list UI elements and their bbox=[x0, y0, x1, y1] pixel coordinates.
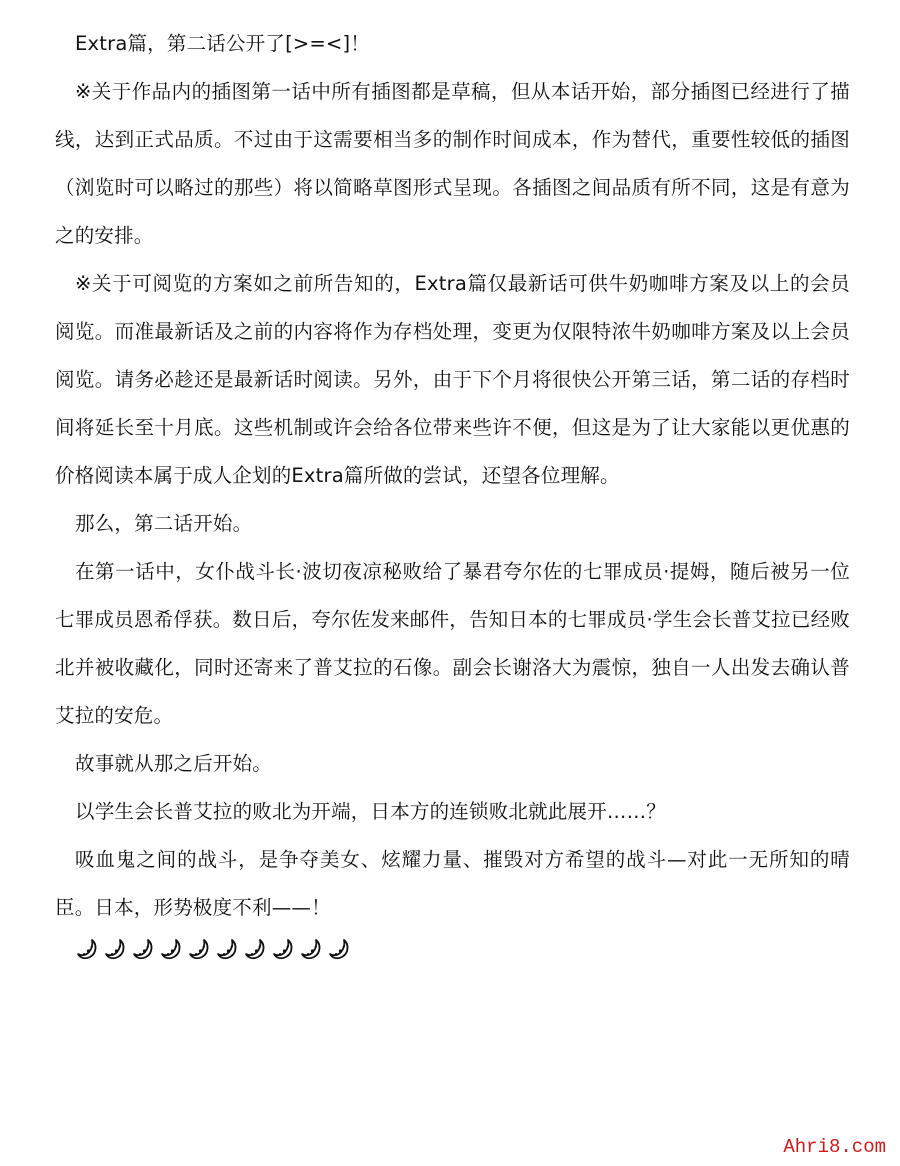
crescent-moon-icon bbox=[103, 936, 129, 962]
site-watermark: Ahri8.com bbox=[783, 1136, 886, 1158]
teaser-question: 以学生会长普艾拉的败北为开端，日本方的连锁败北就此展开……？ bbox=[55, 788, 850, 836]
viewing-plan-note: ※关于可阅览的方案如之前所告知的，Extra篇仅最新话可供牛奶咖啡方案及以上的会… bbox=[55, 260, 850, 500]
crescent-moon-icon bbox=[299, 936, 325, 962]
crescent-moon-icon bbox=[271, 936, 297, 962]
recap-paragraph: 在第一话中，女仆战斗长·波切夜凉秘败给了暴君夸尔佐的七罪成员·提姆，随后被另一位… bbox=[55, 548, 850, 740]
chapter-start-text: 那么，第二话开始。 bbox=[55, 500, 850, 548]
crescent-moon-icon bbox=[131, 936, 157, 962]
story-continues-text: 故事就从那之后开始。 bbox=[55, 740, 850, 788]
decorative-icon-row bbox=[55, 936, 850, 966]
document-body: Extra篇，第二话公开了[>=<]！ ※关于作品内的插图第一话中所有插图都是草… bbox=[55, 20, 850, 966]
crescent-moon-icon bbox=[75, 936, 101, 962]
crescent-moon-icon bbox=[187, 936, 213, 962]
teaser-paragraph: 吸血鬼之间的战斗，是争夺美女、炫耀力量、摧毁对方希望的战斗—对此一无所知的晴臣。… bbox=[55, 836, 850, 932]
crescent-moon-icon bbox=[327, 936, 353, 962]
crescent-moon-icon bbox=[215, 936, 241, 962]
announcement-heading: Extra篇，第二话公开了[>=<]！ bbox=[55, 20, 850, 68]
crescent-moon-icon bbox=[243, 936, 269, 962]
illustration-note: ※关于作品内的插图第一话中所有插图都是草稿，但从本话开始，部分插图已经进行了描线… bbox=[55, 68, 850, 260]
crescent-moon-icon bbox=[159, 936, 185, 962]
